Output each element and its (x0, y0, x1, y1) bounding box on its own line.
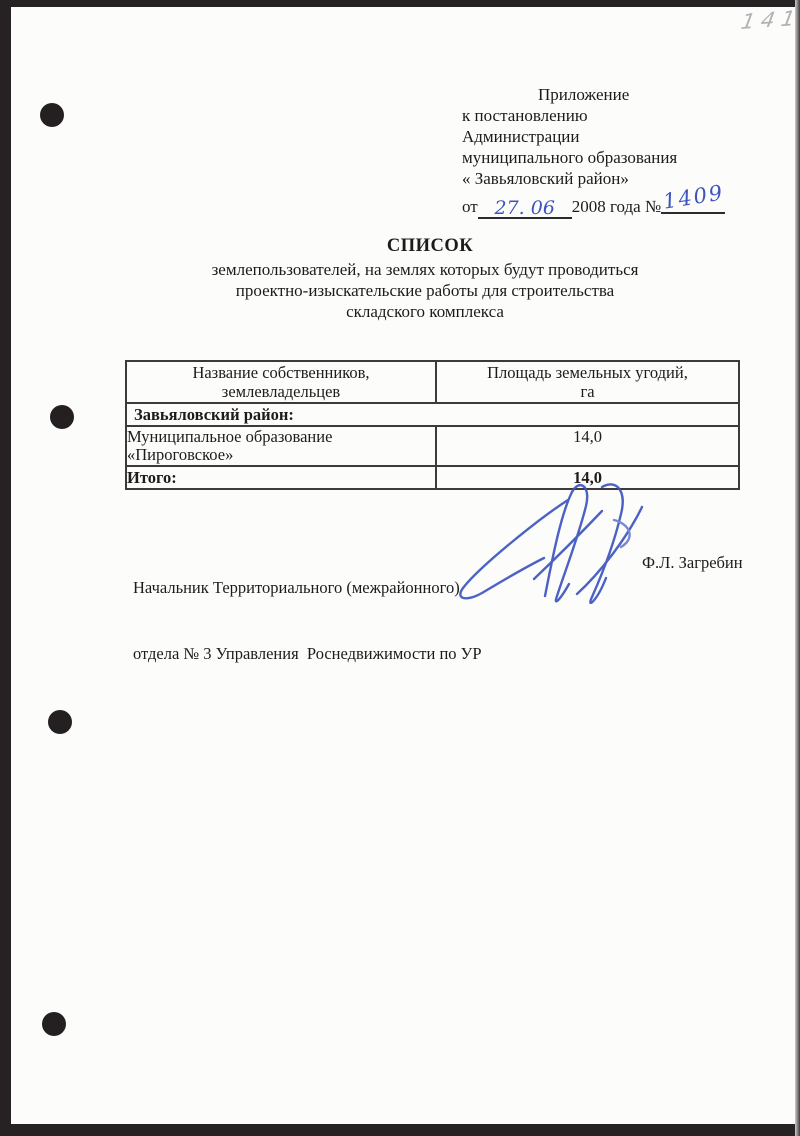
table-row-district: Завьяловский район: (126, 403, 739, 426)
signer-name: Ф.Л. Загребин (642, 553, 743, 573)
handwritten-date: 27. 06 (495, 197, 555, 219)
district-label: Завьяловский район: (126, 403, 739, 426)
document-title: СПИСОК (125, 236, 735, 257)
header-owners-line: землевладельцев (127, 382, 435, 401)
header-area-line: Площадь земельных угодий, (437, 363, 738, 382)
subtitle-line: землепользователей, на землях которых бу… (95, 259, 755, 280)
municipality-label-line: «Пироговское» (127, 446, 435, 464)
municipality-label-line: Муниципальное образование (127, 428, 435, 446)
pencil-page-number: 141 (737, 6, 800, 34)
year-label: 2008 года № (572, 197, 661, 216)
header-owners-cell: Название собственников, землевладельцев (126, 361, 436, 403)
total-label: Итого: (126, 466, 436, 489)
scan-border-left (0, 0, 11, 1136)
scan-border-right (795, 0, 800, 1136)
signature-stroke (534, 511, 602, 579)
signature-autograph (450, 478, 668, 616)
appendix-line: « Завьяловский район» (462, 168, 792, 189)
subtitle-line: проектно-изыскательские работы для строи… (95, 280, 755, 301)
hole-punch-dot (48, 710, 72, 734)
hole-punch-dot (42, 1012, 66, 1036)
signature-stroke (590, 484, 622, 603)
header-owners-line: Название собственников, (127, 363, 435, 382)
hole-punch-dot (50, 405, 74, 429)
number-blank-underline: 1409 (661, 194, 725, 214)
scan-border-bottom (0, 1124, 800, 1136)
table-row-municipality: Муниципальное образование «Пироговское» … (126, 426, 739, 466)
header-area-line: га (437, 382, 738, 401)
hole-punch-dot (40, 103, 64, 127)
landowners-table: Название собственников, землевладельцев … (125, 360, 740, 490)
signatory-position-line: отдела № 3 Управления Роснедвижимости по… (133, 643, 482, 665)
header-area-cell: Площадь земельных угодий, га (436, 361, 739, 403)
date-label: от (462, 197, 478, 216)
table-header-row: Название собственников, землевладельцев … (126, 361, 739, 403)
appendix-line: к постановлению (462, 105, 792, 126)
signatory-position: Начальник Территориального (межрайонного… (133, 533, 482, 687)
scan-border-top (0, 0, 800, 7)
document-subtitle: землепользователей, на землях которых бу… (95, 259, 755, 322)
appendix-line: Приложение (462, 84, 792, 105)
municipality-area-value: 14,0 (436, 426, 739, 466)
signature-stroke (460, 500, 568, 598)
date-blank-underline: 27. 06 (478, 200, 572, 219)
municipality-label: Муниципальное образование «Пироговское» (126, 426, 436, 466)
subtitle-line: складского комплекса (95, 301, 755, 322)
date-number-line: от27. 062008 года №1409 (462, 192, 792, 217)
appendix-line: Администрации (462, 126, 792, 147)
appendix-line: муниципального образования (462, 147, 792, 168)
appendix-block: Приложение к постановлению Администрации… (462, 84, 792, 217)
signatory-position-line: Начальник Территориального (межрайонного… (133, 577, 482, 599)
